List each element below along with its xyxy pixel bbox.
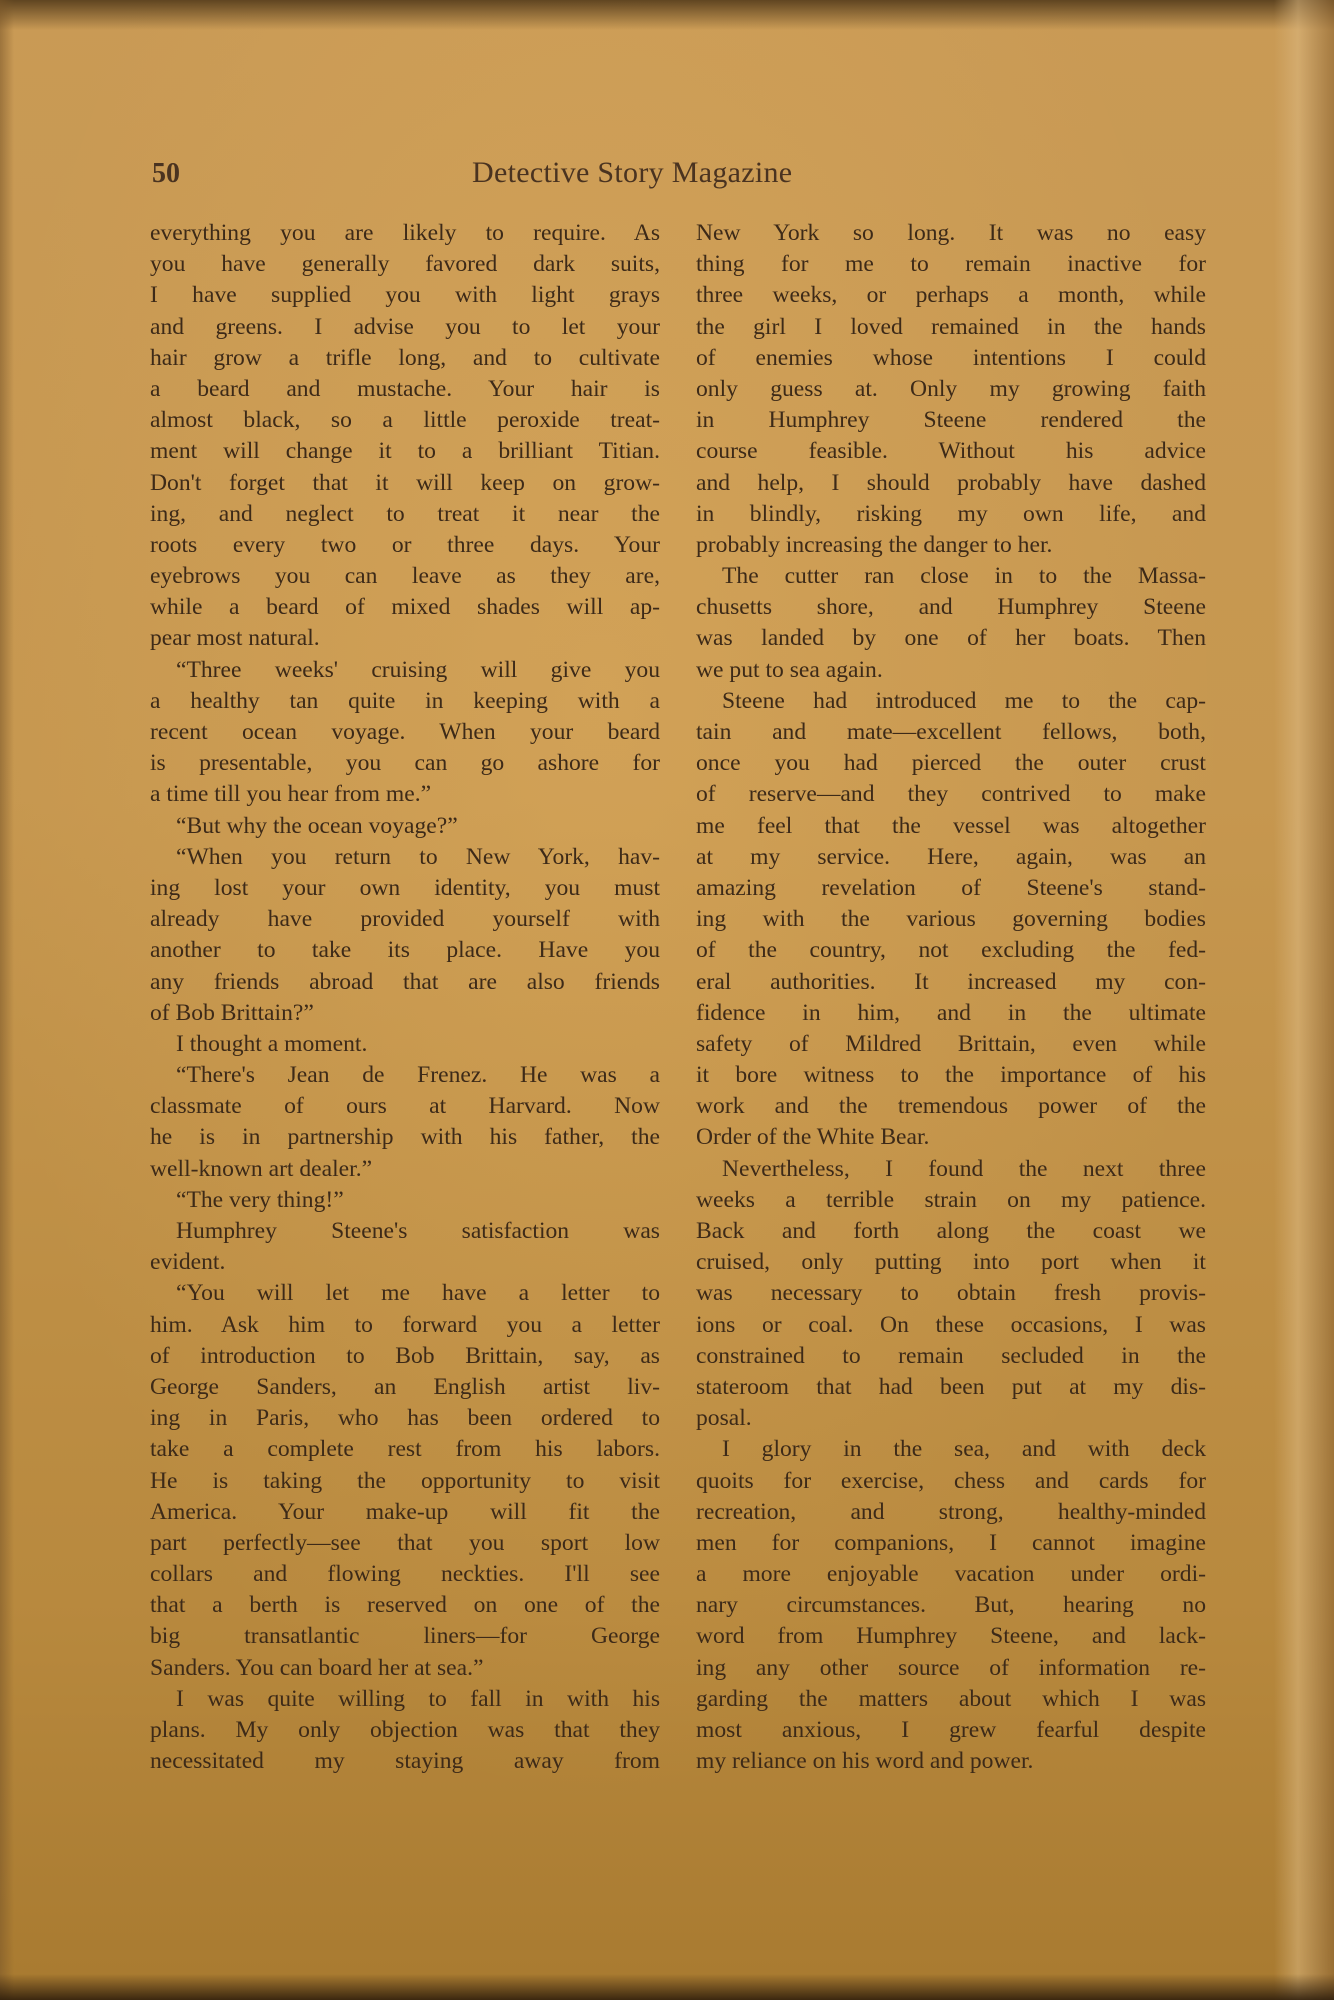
text-line: course feasible. Without his advice [696, 436, 1206, 467]
page-number: 50 [152, 158, 180, 190]
paragraph: I was quite willing to fall in with hisp… [150, 1684, 660, 1778]
text-line: thing for me to remain inactive for [696, 249, 1206, 280]
text-line: that a berth is reserved on one of the [150, 1590, 660, 1621]
text-line: roots every two or three days. Your [150, 530, 660, 561]
text-line: is presentable, you can go ashore for [150, 748, 660, 779]
text-line: of reserve—and they contrived to make [696, 779, 1206, 810]
text-line: a healthy tan quite in keeping with a [150, 686, 660, 717]
text-line: amazing revelation of Steene's stand- [696, 873, 1206, 904]
text-line: already have provided yourself with [150, 904, 660, 935]
text-line: recreation, and strong, healthy-minded [696, 1497, 1206, 1528]
text-line: we put to sea again. [696, 655, 1206, 686]
text-line: men for companions, I cannot imagine [696, 1528, 1206, 1559]
paragraph: “There's Jean de Frenez. He was aclassma… [150, 1060, 660, 1185]
text-line: ing lost your own identity, you must [150, 873, 660, 904]
text-line: hair grow a trifle long, and to cultivat… [150, 343, 660, 374]
text-line: Order of the White Bear. [696, 1122, 1206, 1153]
text-line: recent ocean voyage. When your beard [150, 717, 660, 748]
magazine-page: 50 Detective Story Magazine everything y… [0, 0, 1334, 2000]
text-line: I thought a moment. [150, 1029, 660, 1060]
text-line: work and the tremendous power of the [696, 1091, 1206, 1122]
paragraph: “When you return to New York, hav-ing lo… [150, 842, 660, 1029]
text-line: “You will let me have a letter to [150, 1278, 660, 1309]
text-line: and help, I should probably have dashed [696, 468, 1206, 499]
text-line: me feel that the vessel was altogether [696, 811, 1206, 842]
text-line: necessitated my staying away from [150, 1746, 660, 1777]
text-line: “There's Jean de Frenez. He was a [150, 1060, 660, 1091]
text-line: him. Ask him to forward you a letter [150, 1310, 660, 1341]
text-line: plans. My only objection was that they [150, 1715, 660, 1746]
text-line: the girl I loved remained in the hands [696, 312, 1206, 343]
paragraph: “Three weeks' cruising will give youa he… [150, 655, 660, 811]
text-line: ing in Paris, who has been ordered to [150, 1403, 660, 1434]
text-line: classmate of ours at Harvard. Now [150, 1091, 660, 1122]
text-line: at my service. Here, again, was an [696, 842, 1206, 873]
text-line: Humphrey Steene's satisfaction was [150, 1216, 660, 1247]
text-line: in blindly, risking my own life, and [696, 499, 1206, 530]
text-line: eyebrows you can leave as they are, [150, 561, 660, 592]
text-line: evident. [150, 1247, 660, 1278]
text-line: ing with the various governing bodies [696, 904, 1206, 935]
text-line: eral authorities. It increased my con- [696, 967, 1206, 998]
text-line: a beard and mustache. Your hair is [150, 374, 660, 405]
text-line: ment will change it to a brilliant Titia… [150, 436, 660, 467]
text-line: of Bob Brittain?” [150, 998, 660, 1029]
magazine-title: Detective Story Magazine [472, 156, 792, 190]
text-line: New York so long. It was no easy [696, 218, 1206, 249]
text-line: of the country, not excluding the fed- [696, 935, 1206, 966]
text-line: and greens. I advise you to let your [150, 312, 660, 343]
text-line: “Three weeks' cruising will give you [150, 655, 660, 686]
text-line: quoits for exercise, chess and cards for [696, 1466, 1206, 1497]
text-line: he is in partnership with his father, th… [150, 1122, 660, 1153]
text-line: chusetts shore, and Humphrey Steene [696, 592, 1206, 623]
paragraph: The cutter ran close in to the Massa-chu… [696, 561, 1206, 686]
text-line: well-known art dealer.” [150, 1154, 660, 1185]
text-line: I was quite willing to fall in with his [150, 1684, 660, 1715]
text-line: pear most natural. [150, 623, 660, 654]
text-line: a more enjoyable vacation under ordi- [696, 1559, 1206, 1590]
text-line: was necessary to obtain fresh provis- [696, 1278, 1206, 1309]
paragraph: I thought a moment. [150, 1029, 660, 1060]
text-line: another to take its place. Have you [150, 935, 660, 966]
text-line: any friends abroad that are also friends [150, 967, 660, 998]
paragraph: “But why the ocean voyage?” [150, 811, 660, 842]
text-line: posal. [696, 1403, 1206, 1434]
text-line: He is taking the opportunity to visit [150, 1466, 660, 1497]
text-line: I have supplied you with light grays [150, 280, 660, 311]
text-line: nary circumstances. But, hearing no [696, 1590, 1206, 1621]
text-line: ing, and neglect to treat it near the [150, 499, 660, 530]
paragraph: everything you are likely to require. As… [150, 218, 660, 655]
text-line: three weeks, or perhaps a month, while [696, 280, 1206, 311]
text-line: word from Humphrey Steene, and lack- [696, 1621, 1206, 1652]
text-line: everything you are likely to require. As [150, 218, 660, 249]
text-line: almost black, so a little peroxide treat… [150, 405, 660, 436]
paragraph: I glory in the sea, and with deckquoits … [696, 1434, 1206, 1777]
text-line: you have generally favored dark suits, [150, 249, 660, 280]
running-header: 50 Detective Story Magazine [152, 158, 1222, 198]
text-line: America. Your make-up will fit the [150, 1497, 660, 1528]
text-line: “But why the ocean voyage?” [150, 811, 660, 842]
text-line: The cutter ran close in to the Massa- [696, 561, 1206, 592]
text-line: “When you return to New York, hav- [150, 842, 660, 873]
paragraph: “You will let me have a letter tohim. As… [150, 1278, 660, 1683]
text-line: ing any other source of information re- [696, 1653, 1206, 1684]
paragraph: Nevertheless, I found the next threeweek… [696, 1154, 1206, 1435]
text-line: ions or coal. On these occasions, I was [696, 1310, 1206, 1341]
paragraph: “The very thing!” [150, 1185, 660, 1216]
text-line: Nevertheless, I found the next three [696, 1154, 1206, 1185]
text-line: once you had pierced the outer crust [696, 748, 1206, 779]
text-line: tain and mate—excellent fellows, both, [696, 717, 1206, 748]
text-line: of introduction to Bob Brittain, say, as [150, 1341, 660, 1372]
text-line: a time till you hear from me.” [150, 779, 660, 810]
text-line: I glory in the sea, and with deck [696, 1434, 1206, 1465]
text-column-left: everything you are likely to require. As… [150, 218, 660, 1777]
paragraph: New York so long. It was no easything fo… [696, 218, 1206, 561]
text-line: Back and forth along the coast we [696, 1216, 1206, 1247]
text-line: while a beard of mixed shades will ap- [150, 592, 660, 623]
text-line: probably increasing the danger to her. [696, 530, 1206, 561]
text-line: take a complete rest from his labors. [150, 1434, 660, 1465]
text-line: Steene had introduced me to the cap- [696, 686, 1206, 717]
text-line: my reliance on his word and power. [696, 1746, 1206, 1777]
text-line: in Humphrey Steene rendered the [696, 405, 1206, 436]
text-line: cruised, only putting into port when it [696, 1247, 1206, 1278]
text-line: most anxious, I grew fearful despite [696, 1715, 1206, 1746]
text-line: was landed by one of her boats. Then [696, 623, 1206, 654]
text-line: Sanders. You can board her at sea.” [150, 1653, 660, 1684]
text-line: constrained to remain secluded in the [696, 1341, 1206, 1372]
text-line: fidence in him, and in the ultimate [696, 998, 1206, 1029]
page-left-edge-shadow [0, 0, 14, 2000]
text-line: of enemies whose intentions I could [696, 343, 1206, 374]
paragraph: Humphrey Steene's satisfaction waseviden… [150, 1216, 660, 1278]
text-line: George Sanders, an English artist liv- [150, 1372, 660, 1403]
text-line: only guess at. Only my growing faith [696, 374, 1206, 405]
text-line: part perfectly—see that you sport low [150, 1528, 660, 1559]
text-line: “The very thing!” [150, 1185, 660, 1216]
text-column-right: New York so long. It was no easything fo… [696, 218, 1206, 1777]
text-line: Don't forget that it will keep on grow- [150, 468, 660, 499]
text-line: collars and flowing neckties. I'll see [150, 1559, 660, 1590]
text-line: stateroom that had been put at my dis- [696, 1372, 1206, 1403]
text-line: garding the matters about which I was [696, 1684, 1206, 1715]
page-right-edge [1274, 0, 1334, 2000]
text-line: weeks a terrible strain on my patience. [696, 1185, 1206, 1216]
text-line: big transatlantic liners—for George [150, 1621, 660, 1652]
text-line: safety of Mildred Brittain, even while [696, 1029, 1206, 1060]
paragraph: Steene had introduced me to the cap-tain… [696, 686, 1206, 1154]
text-line: it bore witness to the importance of his [696, 1060, 1206, 1091]
